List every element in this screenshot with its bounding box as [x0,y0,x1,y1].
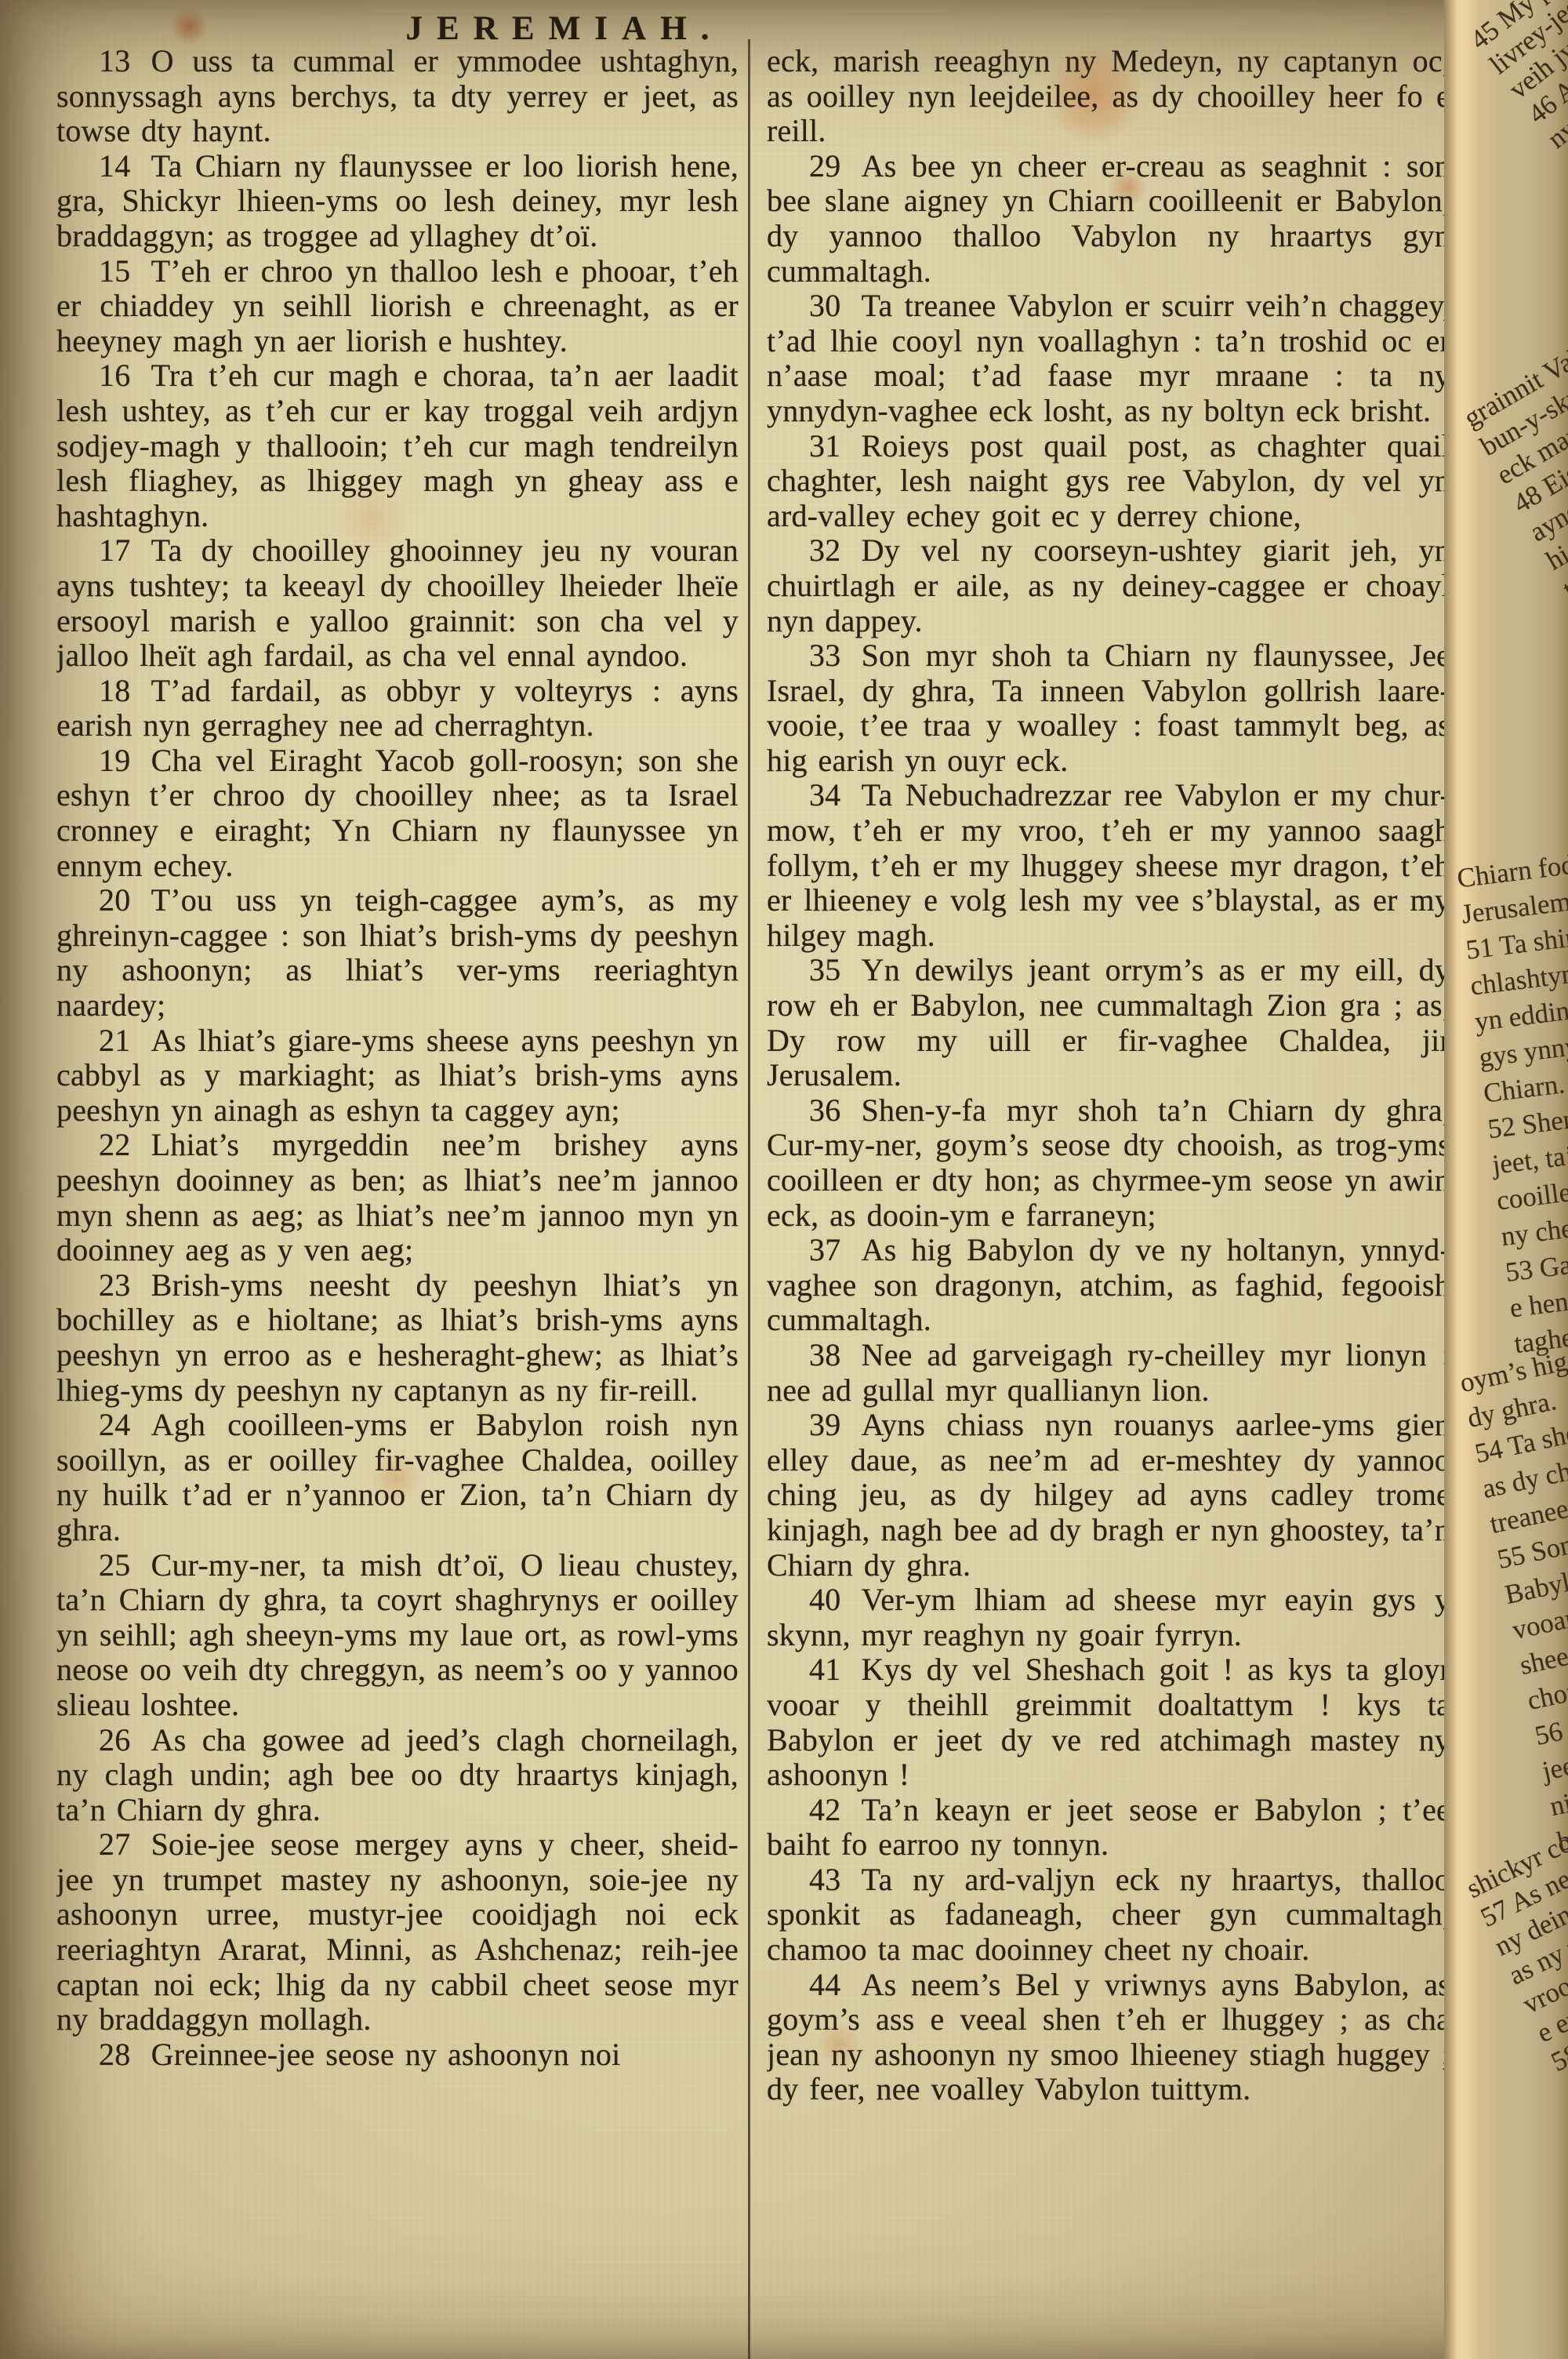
verse-number: 34 [809,777,845,812]
verse-paragraph: 25 Cur-my-ner, ta mish dt’oï, O lieau ch… [56,1548,739,1723]
verse-paragraph: 23 Brish-yms neesht dy peeshyn lhiat’s y… [56,1268,739,1408]
edge-text-fragment: 45 My phobblelivrey-jee dy chveih jymmoo… [1465,0,1568,278]
text-column-right: eck, marish reeaghyn ny Medeyn, ny capta… [767,44,1450,2357]
verse-paragraph: 44 As neem’s Bel y vriwnys ayns Babylon,… [767,1968,1450,2107]
page-title: JEREMIAH. [314,9,815,48]
verse-number: 42 [809,1792,845,1827]
verse-paragraph: 32 Dy vel ny coorseyn-ushtey giarit jeh,… [767,533,1450,638]
verse-paragraph: 43 Ta ny ard-valjyn eck ny hraartys, tha… [767,1863,1450,1968]
verse-paragraph: 38 Nee ad garveigagh ry-cheilley myr lio… [767,1338,1450,1408]
verse-number: 27 [99,1826,135,1862]
verse-paragraph: 34 Ta Nebuchadrezzar ree Vabylon er my c… [767,778,1450,953]
verse-paragraph: 20 T’ou uss yn teigh-caggee aym’s, as my… [56,883,739,1023]
verse-paragraph: 13 O uss ta cummal er ymmodee ushtaghyn,… [56,44,739,149]
verse-number: 20 [99,882,135,918]
verse-paragraph: 16 Tra t’eh cur magh e choraa, ta’n aer … [56,358,739,533]
text-column-left: 13 O uss ta cummal er ymmodee ushtaghyn,… [56,44,739,2357]
verse-number: 41 [809,1652,845,1687]
verse-number: 39 [809,1407,845,1442]
verse-number: 37 [809,1232,845,1267]
verse-paragraph: 27 Soie-jee seose mergey ayns y cheer, s… [56,1827,739,2037]
verse-number: 26 [99,1722,135,1757]
verse-paragraph: 37 As hig Babylon dy ve ny holtanyn, ynn… [767,1233,1450,1338]
verse-number: 44 [809,1967,845,2002]
verse-paragraph: 29 As bee yn cheer er-creau as seaghnit … [767,149,1450,289]
verse-number: 17 [99,533,135,568]
verse-number: 36 [809,1092,845,1128]
page-curl-next-page-edge: 45 My phobblelivrey-jee dy chveih jymmoo… [1444,0,1568,2359]
verse-number: 32 [809,533,845,568]
verse-number: 13 [99,44,135,78]
verse-number: 40 [809,1582,845,1617]
verse-number: 28 [99,2037,135,2072]
verse-number: 19 [99,743,135,778]
verse-number: 43 [809,1862,845,1897]
verse-paragraph: 41 Kys dy vel Sheshach goit ! as kys ta … [767,1652,1450,1792]
verse-paragraph: 39 Ayns chiass nyn rouanys aarlee-yms gi… [767,1408,1450,1583]
verse-paragraph: 24 Agh cooilleen-yms er Babylon roish ny… [56,1408,739,1547]
verse-paragraph: 22 Lhiat’s myrgeddin nee’m brishey ayns … [56,1128,739,1267]
verse-number: 24 [99,1407,135,1442]
verse-number: 31 [809,428,845,463]
verse-paragraph: 36 Shen-y-fa myr shoh ta’n Chiarn dy ghr… [767,1093,1450,1233]
verse-number: 21 [99,1023,135,1058]
verse-number: 18 [99,673,135,708]
verse-number: 23 [99,1267,135,1303]
verse-number: 16 [99,358,135,393]
book-page-scan: JEREMIAH. 13 O uss ta cummal er ymmodee … [0,0,1568,2359]
verse-paragraph: 14 Ta Chiarn ny flaunyssee er loo lioris… [56,149,739,254]
edge-text-fragment: grainnit Vabylonbun-y-skyn, as tuitteck … [1458,238,1568,777]
verse-paragraph: 31 Roieys post quail post, as chaghter q… [767,429,1450,534]
verse-paragraph: 18 T’ad fardail, as obbyr y volteyrys : … [56,674,739,743]
verse-paragraph: 26 As cha gowee ad jeed’s clagh chorneil… [56,1723,739,1828]
verse-number: 14 [99,148,135,184]
edge-text-fragment: oym’s hig craghedy ghra.54 Ta sheeanas d… [1457,1296,1568,1860]
edge-text-fragment: Chiarn foddey JJerusalem.51 Ta shin moch… [1455,820,1568,1363]
verse-number: 29 [809,148,845,184]
verse-paragraph: 17 Ta dy chooilley ghooinney jeu ny vour… [56,533,739,673]
verse-number: 15 [99,253,135,289]
verse-paragraph: 35 Yn dewilys jeant orrym’s as er my eil… [767,953,1450,1092]
verse-paragraph: 33 Son myr shoh ta Chiarn ny flaunyssee,… [767,638,1450,778]
verse-paragraph: 15 T’eh er chroo yn thalloo lesh e phooa… [56,254,739,359]
rust-stain [171,6,207,47]
verse-paragraph: 40 Ver-ym lhiam ad sheese myr eayin gys … [767,1583,1450,1652]
verse-number: 25 [99,1547,135,1583]
verse-number: 33 [809,638,845,673]
verse-paragraph: 30 Ta treanee Vabylon er scuirr veih’n c… [767,289,1450,428]
verse-number: 35 [809,952,845,987]
verse-paragraph: 42 Ta’n keayn er jeet seose er Babylon ;… [767,1793,1450,1863]
verse-paragraph: 28 Greinnee-jee seose ny ashoonyn noi [56,2037,739,2073]
verse-continuation: eck, marish reeaghyn ny Medeyn, ny capta… [767,44,1450,149]
verse-number: 38 [809,1337,845,1372]
verse-number: 30 [809,288,845,323]
verse-paragraph: 21 As lhiat’s giare-yms sheese ayns pees… [56,1023,739,1129]
column-divider-rule [748,39,750,2359]
verse-paragraph: 19 Cha vel Eiraght Yacob goll-roosyn; so… [56,743,739,883]
verse-number: 22 [99,1127,135,1162]
